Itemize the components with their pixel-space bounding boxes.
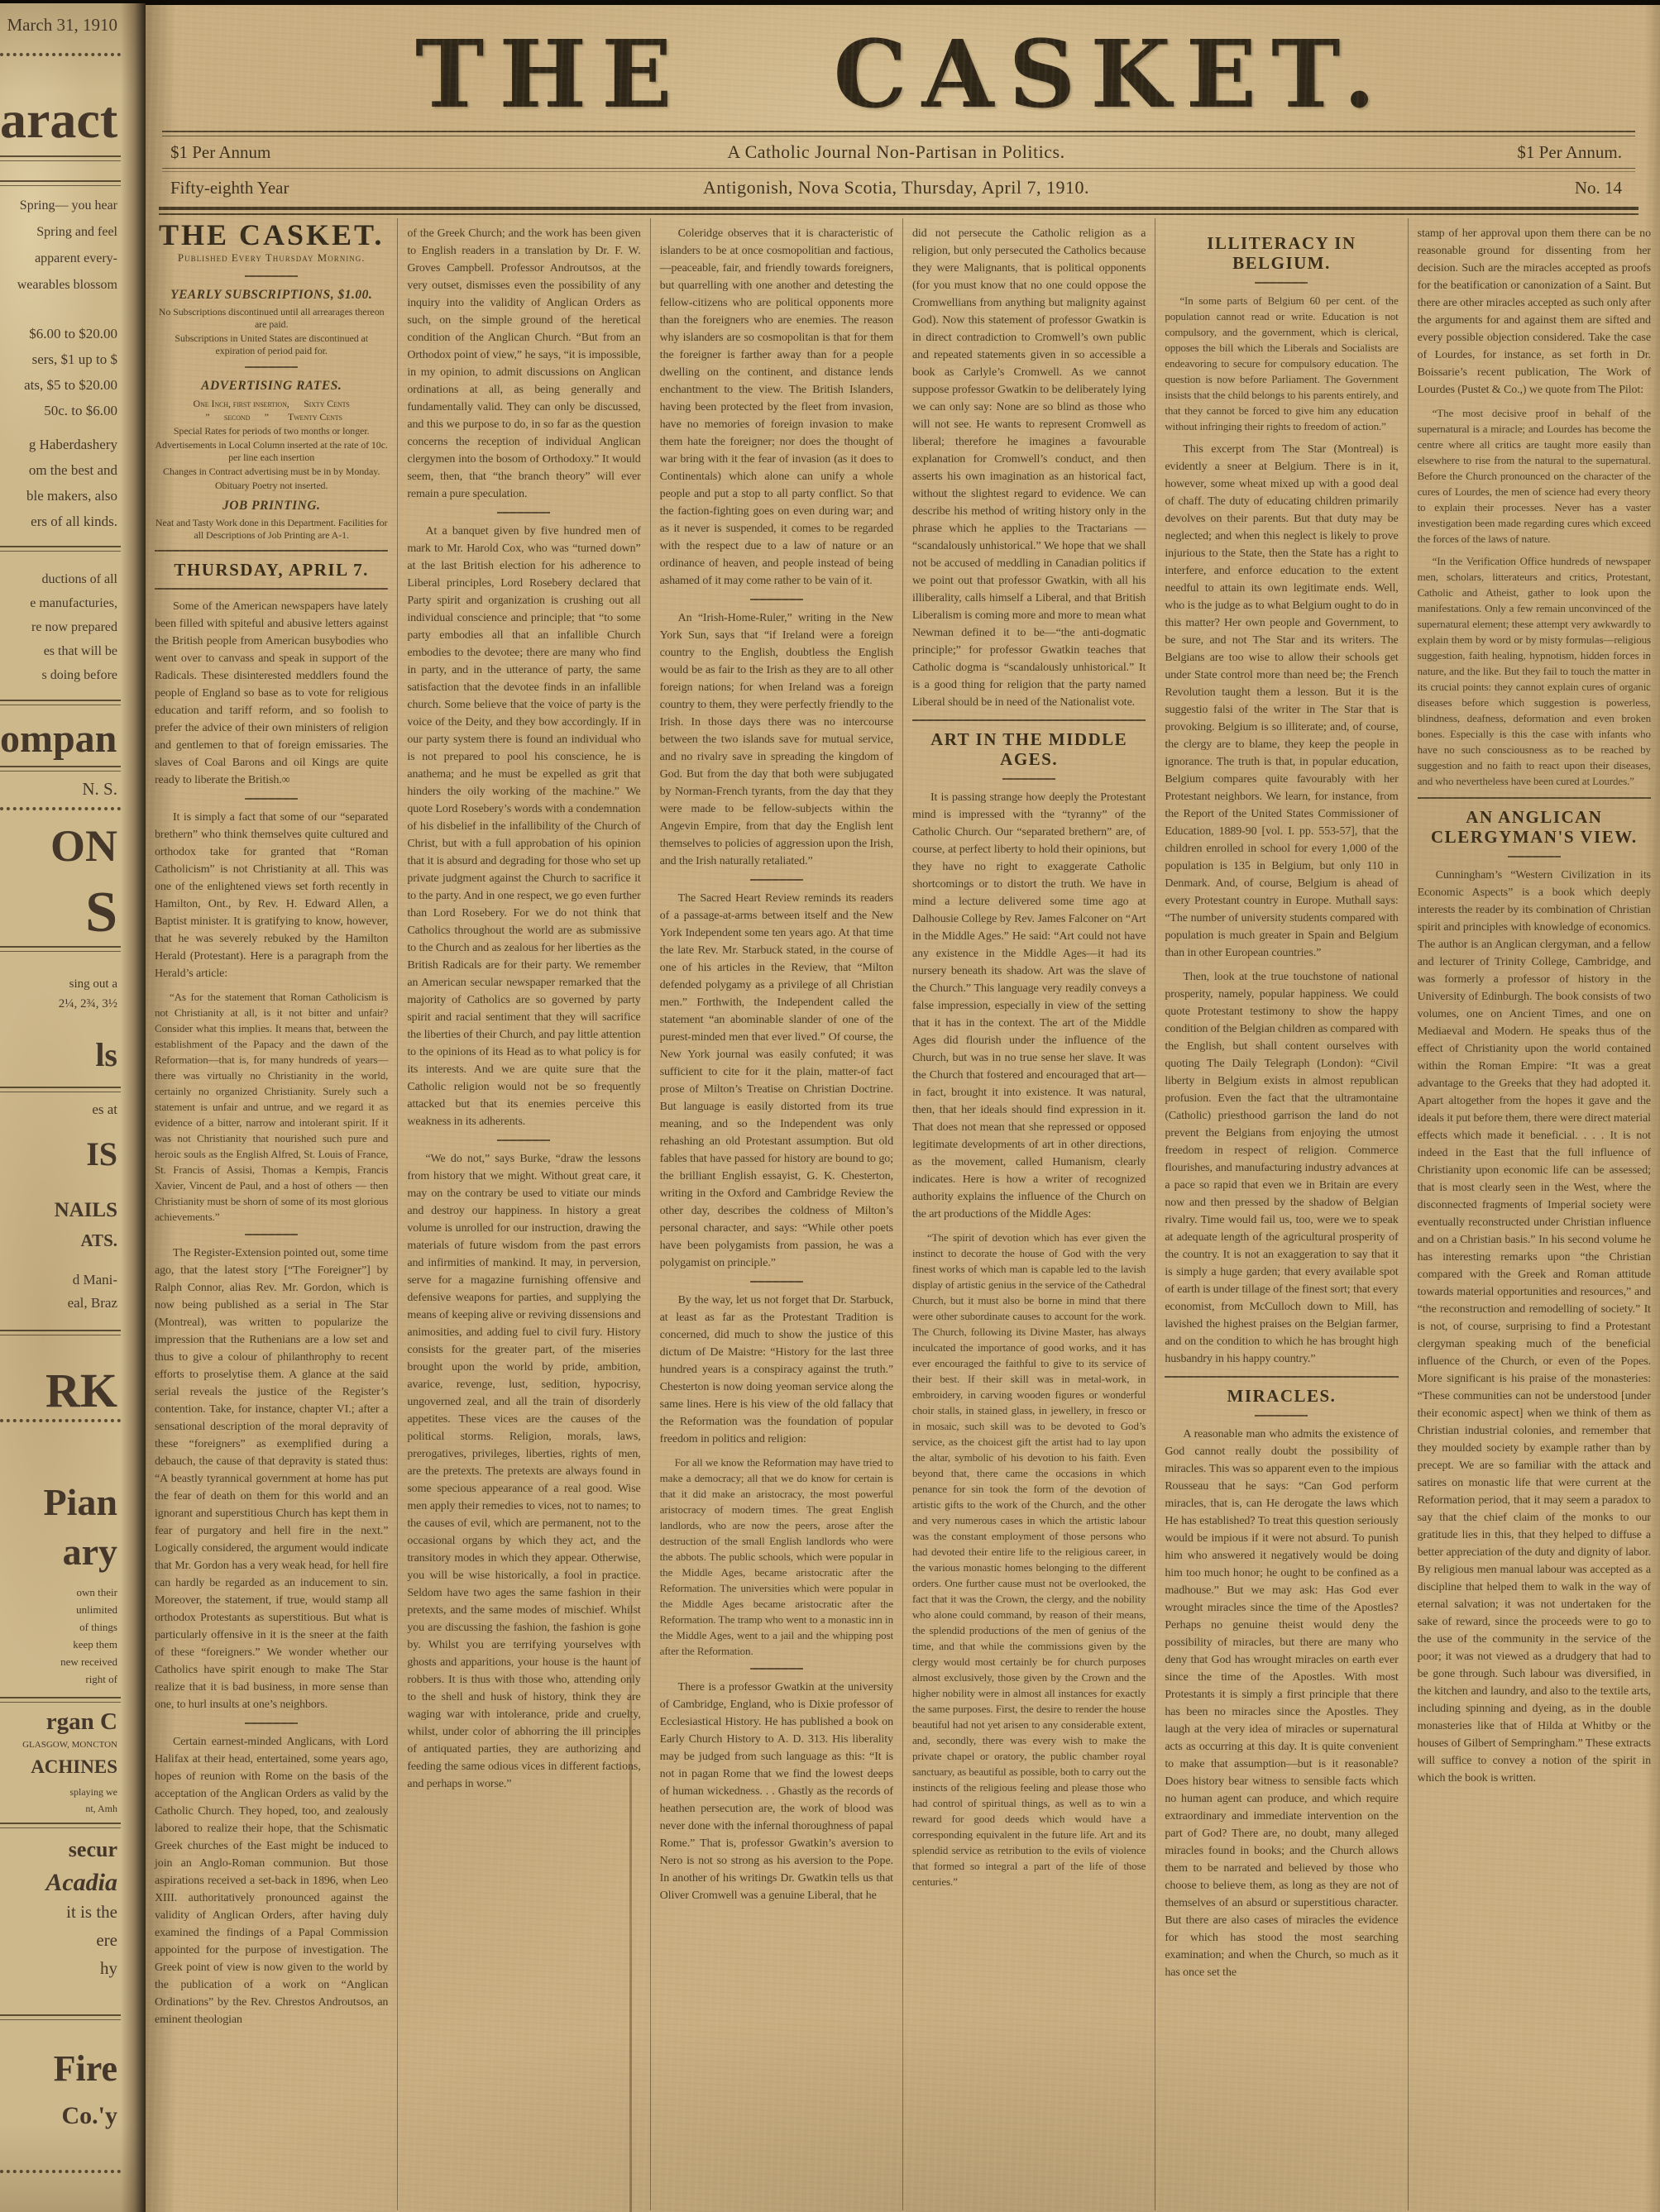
adjacent-page-text-fragment: ble makers, also (0, 488, 117, 504)
adjacent-page-rule (0, 180, 121, 186)
adjacent-page-text-fragment: hy (0, 1958, 117, 1979)
edition-year: Fifty-eighth Year (170, 178, 419, 198)
column-rule (750, 1281, 803, 1283)
article-heading: AN ANGLICAN CLERGYMAN'S VIEW. (1418, 807, 1651, 847)
adjacent-page-text-fragment: of things (0, 1621, 117, 1634)
adjacent-page-rule (0, 1087, 121, 1092)
news-column-4: did not persecute the Catholic religion … (902, 218, 1155, 2210)
column-rule (1255, 282, 1308, 284)
adjacent-page-text-fragment: ductions of all (0, 572, 117, 587)
adjacent-page-text-fragment: S (0, 880, 117, 946)
adjacent-page-text-fragment: om the best and (0, 462, 117, 479)
adjacent-page-rule (0, 1823, 121, 1828)
dateline-row: Fifty-eighth Year Antigonish, Nova Scoti… (146, 172, 1660, 200)
adjacent-page-text-fragment: apparent every- (0, 251, 117, 266)
paragraph: “The most decisive proof in behalf of th… (1418, 405, 1651, 547)
publication-info: YEARLY SUBSCRIPTIONS, $1.00. (155, 286, 388, 303)
adjacent-page-text-fragment: ers of all kinds. (0, 514, 117, 530)
column-rule (245, 275, 298, 277)
adjacent-page-text-fragment: sers, $1 up to $ (0, 351, 117, 368)
paragraph: Cunningham’s “Western Civilization in it… (1418, 867, 1651, 1787)
article-heading: ART IN THE MIDDLE AGES. (912, 729, 1146, 769)
column-rule (155, 588, 388, 590)
adjacent-page-text-fragment: 2¼, 2¾, 3½ (0, 997, 117, 1011)
paragraph: It is simply a fact that some of our “se… (155, 809, 388, 982)
publication-info: Neat and Tasty Work done in this Departm… (155, 517, 388, 542)
adjacent-page-text-fragment: es that will be (0, 644, 117, 659)
paragraph: For all we know the Reformation may have… (660, 1455, 893, 1659)
publication-info: Special Rates for periods of two months … (155, 425, 388, 437)
publication-info: ADVERTISING RATES. (155, 377, 388, 394)
adjacent-page-rule (0, 946, 121, 952)
adjacent-page-text-fragment: Co.'y (0, 2102, 117, 2130)
paragraph: At a banquet given by five hundred men o… (407, 523, 640, 1130)
adjacent-page-text-fragment: keep them (0, 1638, 117, 1651)
article-heading: THURSDAY, APRIL 7. (155, 560, 388, 580)
column-rule (497, 1139, 550, 1141)
column-rule (1002, 778, 1055, 780)
adjacent-page-text-fragment: g Haberdashery (0, 437, 117, 453)
adjacent-page-rule (0, 2170, 121, 2173)
column-rule (245, 1234, 298, 1235)
publication-info: Changes in Contract advertising must be … (155, 466, 388, 478)
column-rule (750, 1668, 803, 1670)
news-column-1: THE CASKET.Published Every Thursday Morn… (146, 218, 397, 2210)
page-fold-shadow (121, 3, 146, 2212)
adjacent-page-text-fragment: secur (0, 1837, 117, 1862)
adjacent-page-text-fragment: sing out a (0, 977, 117, 991)
adjacent-page-text-fragment: GLASGOW, MONCTON (0, 1740, 117, 1750)
dateline: Antigonish, Nova Scotia, Thursday, April… (419, 177, 1374, 198)
adjacent-page-text-fragment: Fire (0, 2047, 117, 2090)
masthead-rule (162, 131, 1635, 136)
adjacent-page-rule (0, 1419, 121, 1422)
paragraph: Some of the American newspapers have lat… (155, 598, 388, 789)
adjacent-page-text-fragment: unlimited (0, 1603, 117, 1617)
adjacent-page-text-fragment: rgan C (0, 1708, 117, 1736)
adjacent-page-text-fragment: Spring and feel (0, 225, 117, 240)
adjacent-page-text-fragment: it is the (0, 1902, 117, 1923)
adjacent-page-text-fragment: ary (0, 1530, 117, 1574)
paragraph: Coleridge observes that it is characteri… (660, 225, 893, 590)
column-rule (750, 599, 803, 600)
adjacent-page-text-fragment: Acadia (0, 1869, 117, 1897)
adjacent-page-text-fragment: re now prepared (0, 620, 117, 635)
paragraph: Certain earnest-minded Anglicans, with L… (155, 1733, 388, 2028)
adjacent-page-rule (0, 546, 121, 552)
column-rule (912, 719, 1146, 721)
publication-info: Obituary Poetry not inserted. (155, 480, 388, 492)
adjacent-page-text-fragment: 50c. to $6.00 (0, 403, 117, 419)
paragraph: stamp of her approval upon them there ca… (1418, 225, 1651, 399)
adjacent-page-text-fragment: ompany (0, 716, 117, 762)
adjacent-page-text-fragment: e manufacturies, (0, 596, 117, 611)
paragraph: “In some parts of Belgium 60 per cent. o… (1165, 293, 1398, 434)
adjacent-page-rule (0, 807, 121, 810)
adjacent-page-text-fragment: N. S. (0, 779, 117, 800)
column-rule (245, 1722, 298, 1724)
paper-crease (629, 1535, 632, 2212)
adjacent-page-text-fragment: IS (0, 1135, 117, 1173)
paragraph: An “Irish-Home-Ruler,” writing in the Ne… (660, 609, 893, 870)
news-column-3: Coleridge observes that it is characteri… (650, 218, 902, 2210)
adjacent-page-text-fragment: ere (0, 1930, 117, 1951)
paragraph: A reasonable man who admits the existenc… (1165, 1426, 1398, 1981)
adjacent-page-text-fragment: new received (0, 1655, 117, 1669)
column-rule (1165, 1376, 1398, 1378)
masthead: THE CASKET. $1 Per Annum A Catholic Jour… (146, 5, 1660, 215)
adjacent-page-text-fragment: aracter (0, 89, 117, 150)
column-rule (497, 512, 550, 514)
column-rule (245, 366, 298, 368)
adjacent-page-text-fragment: ats, $5 to $20.00 (0, 377, 117, 394)
adjacent-page-text-fragment: ON (0, 820, 117, 872)
column-rule (155, 550, 388, 552)
newspaper-page: THE CASKET. $1 Per Annum A Catholic Jour… (146, 5, 1660, 2212)
paragraph: The Register-Extension pointed out, some… (155, 1245, 388, 1713)
news-column-6: stamp of her approval upon them there ca… (1408, 218, 1660, 2210)
paragraph: “We do not,” says Burke, “draw the lesso… (407, 1150, 640, 1793)
publication-info: No Subscriptions discontinued until all … (155, 306, 388, 331)
column-rule (1255, 1415, 1308, 1417)
paragraph: “In the Verification Office hundreds of … (1418, 553, 1651, 789)
previous-page-edge: March 31, 1910aracterSpring— you hearSpr… (0, 3, 146, 2212)
adjacent-page-text-fragment: ATS. (0, 1230, 117, 1251)
masthead-heavy-rule (159, 207, 1638, 215)
adjacent-page-text-fragment: right of (0, 1673, 117, 1686)
issue-number: No. 14 (1374, 178, 1622, 198)
adjacent-page-text-fragment: eal, Braz (0, 1295, 117, 1311)
paragraph: It is passing strange how deeply the Pro… (912, 789, 1146, 1223)
paragraph: of the Greek Church; and the work has be… (407, 225, 640, 503)
paragraph: “As for the statement that Roman Catholi… (155, 989, 388, 1225)
paragraph: This excerpt from The Star (Montreal) is… (1165, 441, 1398, 962)
adjacent-page-rule (0, 700, 121, 705)
adjacent-page-text-fragment: splaying we (0, 1786, 117, 1799)
paragraph: Then, look at the true touchstone of nat… (1165, 968, 1398, 1368)
price-subtitle-row: $1 Per Annum A Catholic Journal Non-Part… (146, 136, 1660, 165)
adjacent-page-text-fragment: March 31, 1910 (0, 15, 117, 36)
adjacent-page-text-fragment: d Mani- (0, 1272, 117, 1288)
adjacent-page-rule (0, 766, 121, 772)
adjacent-page-rule (0, 155, 121, 161)
adjacent-page-text-fragment: Spring— you hear (0, 198, 117, 213)
column-area: THE CASKET.Published Every Thursday Morn… (146, 218, 1660, 2210)
newspaper-title: THE CASKET. (146, 26, 1660, 124)
news-column-2: of the Greek Church; and the work has be… (397, 218, 649, 2210)
paragraph: The Sacred Heart Review reminds its read… (660, 890, 893, 1272)
price-left: $1 Per Annum (170, 142, 419, 163)
price-right: $1 Per Annum. (1374, 142, 1622, 163)
column-rule (245, 798, 298, 800)
paragraph: “The spirit of devotion which has ever g… (912, 1230, 1146, 1890)
adjacent-page-text-fragment: nt, Amh (0, 1803, 117, 1815)
adjacent-page-rule (0, 53, 121, 56)
adjacent-page-text-fragment: NAILS (0, 1199, 117, 1222)
paragraph: did not persecute the Catholic religion … (912, 225, 1146, 711)
article-heading: ILLITERACY IN BELGIUM. (1165, 233, 1398, 273)
publication-info: Advertisements in Local Column inserted … (155, 439, 388, 464)
paragraph: There is a professor Gwatkin at the univ… (660, 1679, 893, 1904)
column-rule (750, 879, 803, 881)
publication-info: Published Every Thursday Morning. (155, 249, 388, 266)
publication-info: One Inch, first insertion, Sixty Cents (155, 397, 388, 410)
adjacent-page-text-fragment: RK (0, 1363, 117, 1418)
publication-info: Subscriptions in United States are disco… (155, 332, 388, 357)
adjacent-page-text-fragment: $6.00 to $20.00 (0, 326, 117, 342)
news-column-5: ILLITERACY IN BELGIUM.“In some parts of … (1155, 218, 1407, 2210)
adjacent-page-rule (0, 1330, 121, 1335)
adjacent-page-rule (0, 2014, 121, 2020)
column-rule (1508, 856, 1561, 858)
article-heading: MIRACLES. (1165, 1386, 1398, 1406)
adjacent-page-text-fragment: es at (0, 1101, 117, 1118)
adjacent-page-text-fragment: Pian (0, 1480, 117, 1524)
adjacent-page-text-fragment: wearables blossom (0, 278, 117, 293)
paragraph: By the way, let us not forget that Dr. S… (660, 1292, 893, 1448)
publication-info: JOB PRINTING. (155, 497, 388, 514)
adjacent-page-text-fragment: s doing before (0, 668, 117, 683)
masthead-subtitle: A Catholic Journal Non-Partisan in Polit… (419, 141, 1374, 163)
column-rule (1418, 797, 1651, 799)
publication-info: ” second ” Twenty Cents (155, 410, 388, 423)
adjacent-page-text-fragment: ACHINES (0, 1756, 117, 1778)
adjacent-page-rule (0, 1697, 121, 1703)
adjacent-page-text-fragment: ls (0, 1035, 117, 1074)
publication-info: THE CASKET. (155, 227, 388, 244)
adjacent-page-text-fragment: own their (0, 1586, 117, 1599)
